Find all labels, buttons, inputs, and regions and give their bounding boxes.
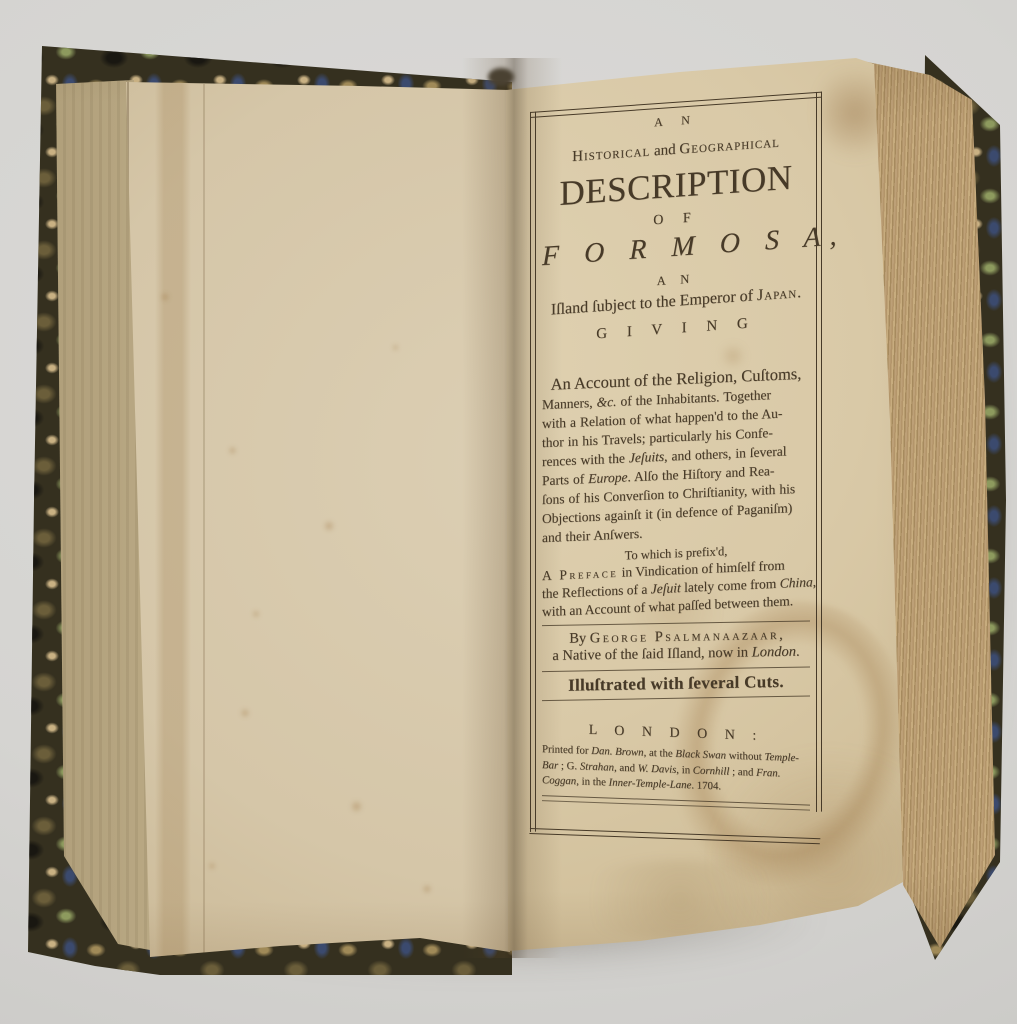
rule-above-byline: [542, 620, 810, 626]
line-an: A N: [542, 104, 810, 138]
foxing-spot: [350, 800, 363, 813]
foxing-spot: [208, 862, 216, 870]
double-rule-below-imprint: [542, 795, 810, 810]
foxing-spot: [252, 610, 260, 618]
foxing-spot: [228, 446, 237, 455]
title-section-account: An Account of the Religion, Cuſtoms, Man…: [542, 357, 810, 621]
frame-rule-left: [530, 112, 536, 832]
title-section-imprint: L O N D O N : Printed for Dan. Brown, at…: [542, 721, 810, 810]
title-page-letterpress-text: A N Historical and Geographical DESCRIPT…: [530, 92, 822, 842]
photograph-of-open-antique-book: A N Historical and Geographical DESCRIPT…: [0, 0, 1017, 1024]
frame-rule-right: [816, 92, 822, 812]
line-native-of-island: a Native of the ſaid Iſland, now in Lond…: [542, 643, 810, 665]
foxing-spot: [160, 292, 170, 302]
title-section-author: By George Psalmanaazaar, a Native of the…: [542, 620, 810, 701]
foxing-spot: [323, 520, 335, 532]
spine-top-notch: [488, 68, 514, 86]
rule-below-cuts: [542, 695, 810, 701]
page-edge-line: [203, 84, 205, 954]
foxing-spot: [422, 884, 432, 894]
title-section-head: A N Historical and Geographical DESCRIPT…: [542, 92, 810, 347]
flyleaf-fold-band: [155, 80, 191, 958]
line-illustrated-with-cuts: Illuſtrated with ſeveral Cuts.: [542, 671, 810, 696]
foxing-spot: [392, 344, 399, 351]
foxing-spot: [240, 708, 250, 718]
